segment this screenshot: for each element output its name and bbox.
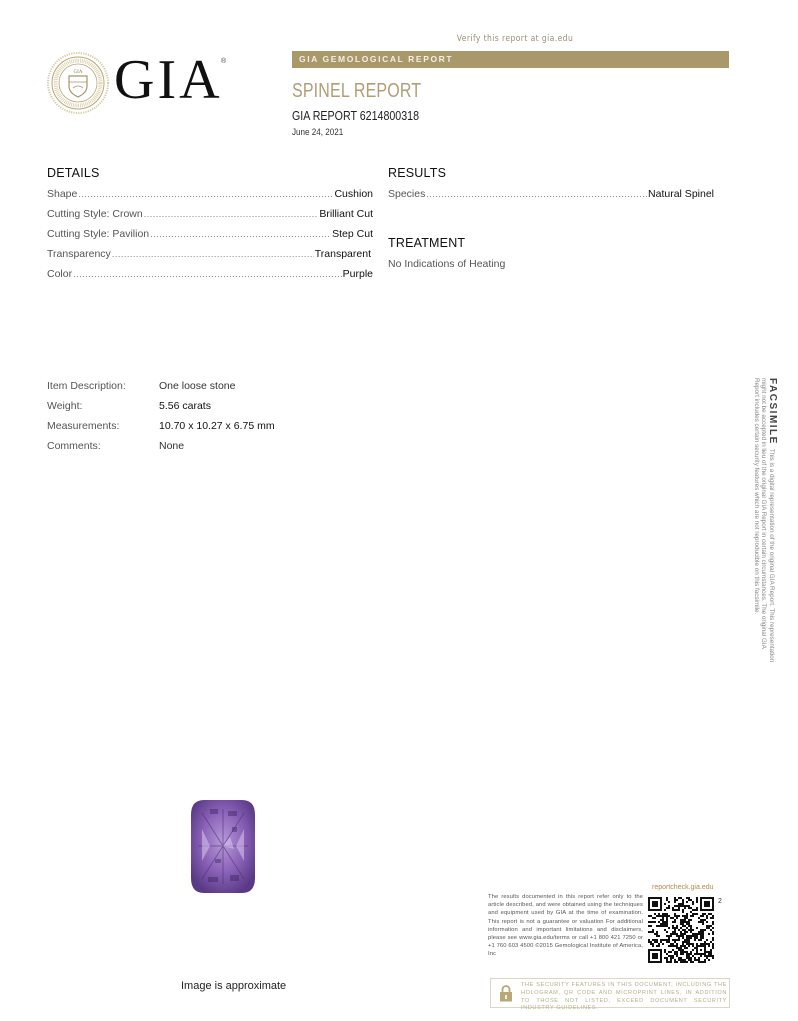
- treatment-heading: TREATMENT: [388, 236, 465, 250]
- weight-value: 5.56 carats: [159, 400, 211, 412]
- verify-link[interactable]: Verify this report at gia.edu: [380, 34, 650, 44]
- report-number: GIA REPORT 6214800318: [292, 108, 419, 123]
- svg-text:GIA: GIA: [74, 70, 83, 75]
- leader-dots: [73, 269, 342, 279]
- details-row-transparency: TransparencyTransparent: [47, 248, 371, 262]
- security-notice: THE SECURITY FEATURES IN THIS DOCUMENT, …: [490, 978, 730, 1008]
- comments-value: None: [159, 440, 184, 452]
- leader-dots: [78, 189, 333, 199]
- treatment-value: No Indications of Heating: [388, 258, 505, 270]
- leader-dots: [144, 209, 319, 219]
- item-description-value: One loose stone: [159, 380, 235, 392]
- registered-mark: ®: [221, 58, 226, 65]
- weight-label: Weight:: [47, 400, 82, 412]
- row-label: Transparency: [47, 248, 111, 260]
- leader-dots: [426, 189, 647, 199]
- item-description-label: Item Description:: [47, 380, 126, 392]
- measurements-label: Measurements:: [47, 420, 119, 432]
- details-row-color: ColorPurple: [47, 268, 373, 282]
- report-date: June 24, 2021: [292, 127, 343, 138]
- measurements-value: 10.70 x 10.27 x 6.75 mm: [159, 420, 275, 432]
- results-row-species: SpeciesNatural Spinel: [388, 188, 714, 202]
- report-banner: GIA GEMOLOGICAL REPORT: [292, 51, 729, 68]
- details-row-shape: ShapeCushion: [47, 188, 373, 202]
- row-value: Brilliant Cut: [319, 208, 373, 220]
- facsimile-title: FACSIMILE: [767, 378, 778, 445]
- security-text: THE SECURITY FEATURES IN THIS DOCUMENT, …: [521, 982, 727, 1013]
- details-row-crown: Cutting Style: CrownBrilliant Cut: [47, 208, 373, 222]
- row-value: Step Cut: [332, 228, 373, 240]
- row-value: Natural Spinel: [648, 188, 714, 200]
- row-label: Shape: [47, 188, 77, 200]
- gemstone-image: [190, 799, 256, 894]
- comments-label: Comments:: [47, 440, 101, 452]
- results-heading: RESULTS: [388, 166, 446, 180]
- lock-icon: [499, 985, 513, 1002]
- disclaimer-text: The results documented in this report re…: [488, 893, 643, 959]
- gia-seal-logo: GIA: [47, 52, 109, 114]
- image-caption: Image is approximate: [181, 980, 286, 992]
- details-heading: DETAILS: [47, 166, 100, 180]
- row-label: Cutting Style: Pavilion: [47, 228, 149, 240]
- facsimile-notice: FACSIMILEThis is a digital representatio…: [736, 378, 776, 668]
- row-label: Cutting Style: Crown: [47, 208, 143, 220]
- banner-label: GIA GEMOLOGICAL REPORT: [299, 54, 453, 64]
- reportcheck-link[interactable]: reportcheck.gia.edu: [652, 884, 713, 891]
- report-type-title: SPINEL REPORT: [292, 80, 421, 103]
- row-value: Purple: [343, 268, 373, 280]
- row-label: Species: [388, 188, 425, 200]
- details-row-pavilion: Cutting Style: PavilionStep Cut: [47, 228, 373, 242]
- row-value: Cushion: [334, 188, 373, 200]
- qr-number: 2: [718, 898, 722, 905]
- row-label: Color: [47, 268, 72, 280]
- gia-wordmark: GIA: [114, 50, 223, 110]
- row-value: Transparent: [315, 248, 371, 260]
- leader-dots: [150, 229, 331, 239]
- qr-code[interactable]: [648, 897, 714, 963]
- leader-dots: [112, 249, 314, 259]
